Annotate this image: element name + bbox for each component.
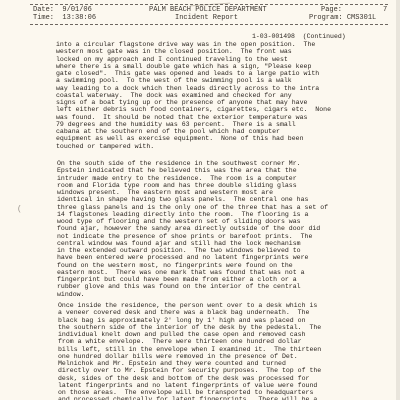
date-line: Date: 9/01/06	[33, 6, 92, 14]
margin-mark: (	[17, 205, 22, 214]
text-line: locked on my approach and I continued tr…	[56, 56, 288, 63]
text-line: a swimming pool. To the west of the swim…	[56, 77, 292, 84]
text-line: and processed chemically for latent fing…	[58, 396, 317, 400]
text-line: the southern side of the interior of the…	[58, 324, 321, 331]
text-line: found ajar, however the sandy area direc…	[57, 225, 320, 232]
text-line: gate closed". This gate was opened and l…	[56, 70, 319, 77]
page-label: Page:	[321, 6, 342, 14]
text-line: 14 flagstones leading directly into the …	[57, 211, 308, 218]
time-line: Time: 13:38:06	[33, 14, 96, 22]
text-line: signs of a boat tying up or the presence…	[56, 99, 307, 106]
page-number: 7	[383, 6, 387, 14]
time-label: Time:	[33, 14, 54, 22]
program-line: Program: CMS301L	[309, 14, 376, 22]
header-rule-top	[30, 4, 388, 5]
text-line: where there is a small double gate which…	[56, 63, 311, 70]
date-label: Date:	[33, 6, 54, 14]
text-line: individual knelt down and pulled the cas…	[58, 331, 306, 338]
text-line: Once inside the residence, the person we…	[58, 302, 317, 309]
text-line: on those areas. The envelope will be tra…	[58, 389, 313, 396]
document-page: Date: 9/01/06 Time: 13:38:06 PALM BEACH …	[0, 0, 400, 400]
text-line: three glass panels and is the only one o…	[57, 204, 328, 211]
page-edge	[396, 0, 400, 400]
text-line: was found. It should be noted that the e…	[56, 114, 307, 121]
text-line: found on the western most, no fingerprin…	[57, 262, 293, 269]
paragraph-2: On the south side of the residence in th…	[57, 160, 328, 298]
text-line: western most gate was in the closed posi…	[56, 48, 292, 55]
text-line: in the extended outward position. The tw…	[57, 247, 301, 254]
text-line: left either debris such food containers,…	[56, 106, 331, 113]
text-line: central window was found ajar and still …	[57, 240, 301, 247]
text-line: window.	[57, 291, 85, 298]
text-line: from a white envelope. There were thirte…	[58, 338, 302, 345]
time-value: 13:38:06	[62, 14, 96, 22]
text-line: Melnichok and Mr. Epstein and they were …	[58, 360, 286, 367]
text-line: way leading to a dock which then leads d…	[56, 85, 319, 92]
text-line: On the south side of the residence in th…	[57, 160, 301, 167]
program-value: CMS301L	[347, 14, 376, 22]
program-label: Program:	[309, 14, 343, 22]
text-line: intruder made entry to the residence. Th…	[57, 175, 297, 182]
text-line: latent fingerprints and no latent finger…	[58, 382, 317, 389]
report-type: Incident Report	[175, 14, 238, 22]
text-line: a veneer covered desk and there was a bl…	[58, 309, 309, 316]
date-value: 9/01/06	[62, 6, 91, 14]
text-line: room and Florida type room and has three…	[57, 182, 297, 189]
text-line: directly over to Mr. Epstein for securit…	[58, 367, 321, 374]
text-line: equipment as well as exercise equipment.…	[56, 135, 304, 142]
text-line: bills left, still in the envelope when I…	[58, 346, 321, 353]
department-name: PALM BEACH POLICE DEPARTMENT	[149, 6, 267, 14]
paragraph-1: into a circular flagstone drive way was …	[56, 41, 331, 150]
text-line: touched or tampered with.	[56, 143, 154, 150]
text-line: 79 degrees and the humidity was 63 perce…	[56, 121, 296, 128]
text-line: Epstein indicated that he believed this …	[57, 167, 297, 174]
text-line: black bag is approximately 2' long by 1'…	[58, 317, 306, 324]
text-line: one hundred dollar bills were removed in…	[58, 353, 298, 360]
paragraph-3: Once inside the residence, the person we…	[58, 302, 321, 400]
text-line: coastal waterway. The dock was examined …	[56, 92, 292, 99]
text-line: cabana at the southern end of the pool w…	[56, 128, 280, 135]
text-line: rubber glove and this was found on the i…	[57, 283, 301, 290]
text-line: desk, sides of the desk and bottom of th…	[58, 375, 309, 382]
case-status: (Continued)	[303, 33, 346, 40]
text-line: fingerprint but could have been made fro…	[57, 276, 297, 283]
header-rule-bottom	[30, 24, 388, 25]
text-line: have been entered were processed and no …	[57, 254, 308, 261]
text-line: windows present. The eastern most and we…	[57, 189, 273, 196]
text-line: identical in shape having two glass pane…	[57, 196, 308, 203]
case-number: 1-03-001498	[252, 33, 295, 40]
text-line: wood type of flooring and the western se…	[57, 218, 301, 225]
case-number-line: 1-03-001498 (Continued)	[252, 33, 346, 40]
text-line: into a circular flagstone drive way was …	[56, 41, 315, 48]
text-line: not indicate the presence of shoe prints…	[57, 233, 312, 240]
text-line: eastern most. There was one mark that wa…	[57, 269, 305, 276]
